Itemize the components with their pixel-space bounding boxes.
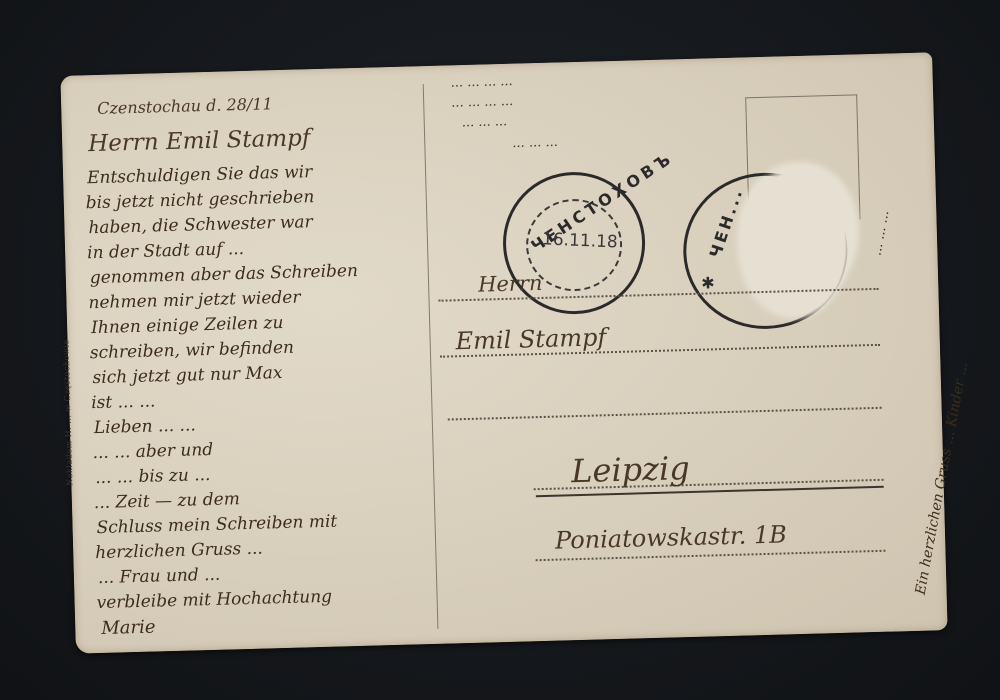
salutation: Herrn Emil Stampf (88, 125, 311, 157)
address-city: Leipzig (571, 449, 690, 490)
message-body: Entschuldigen Sie das wir bis jetzt nich… (60, 52, 932, 76)
message-line: schreiben, wir befinden (90, 338, 295, 364)
address-recipient-title: Herrn (478, 271, 543, 297)
stamp-margin-note: ... ... ... (869, 209, 892, 256)
message-line: sich jetzt gut nur Max (92, 363, 282, 388)
right-margin-note: Ein herzlichen Gruss ... Kinder ... (913, 361, 972, 596)
inverted-line: ... ... ... (512, 140, 558, 156)
star-icon: ✱ (701, 273, 715, 292)
message-line: in der Stadt auf ... (87, 239, 244, 263)
message-line: Schluss mein Schreiben mit (96, 512, 337, 539)
signature: Marie (101, 617, 156, 639)
message-line: ist ... ... (91, 391, 156, 413)
inverted-line: ... ... ... ... (451, 80, 513, 97)
stamp-ghost-overlay (739, 173, 847, 316)
postmark-date: 16.11.18 (542, 229, 618, 252)
message-line: haben, die Schwester war (88, 212, 313, 238)
message-line: bis jetzt nicht geschrieben (86, 187, 315, 213)
center-divider (423, 84, 439, 629)
address-line-3-rule (448, 407, 882, 421)
message-line: ... Zeit — zu dem (94, 489, 240, 513)
inverted-line: ... ... ... (462, 120, 508, 136)
upside-down-note: ... ... ... ... ... ... ... ... ... ... … (60, 52, 932, 76)
message-line: Entschuldigen Sie das wir (87, 162, 313, 188)
postcard: Nakladem H. ... w Częstochowie Czenstoch… (60, 52, 947, 653)
message-line: herzlichen Gruss ... (95, 539, 263, 564)
publisher-imprint: Nakladem H. ... w Częstochowie (61, 339, 74, 486)
address-street: Poniatowskastr. 1B (555, 520, 788, 554)
message-line: nehmen mir jetzt wieder (88, 287, 301, 313)
place-date: Czenstochau d. 28/11 (97, 94, 273, 118)
message-line: ... Frau und ... (98, 565, 221, 588)
message-line: ... ... aber und (92, 440, 213, 463)
message-line: Lieben ... ... (94, 415, 196, 438)
message-line: Ihnen einige Zeilen zu (91, 313, 284, 338)
message-line: ... ... bis zu ... (95, 465, 211, 488)
inverted-line: ... ... ... ... (451, 100, 513, 117)
address-recipient-name: Emil Stampf (455, 323, 606, 355)
message-line: verbleibe mit Hochachtung (96, 587, 332, 613)
message-line: genommen aber das Schreiben (90, 261, 359, 288)
